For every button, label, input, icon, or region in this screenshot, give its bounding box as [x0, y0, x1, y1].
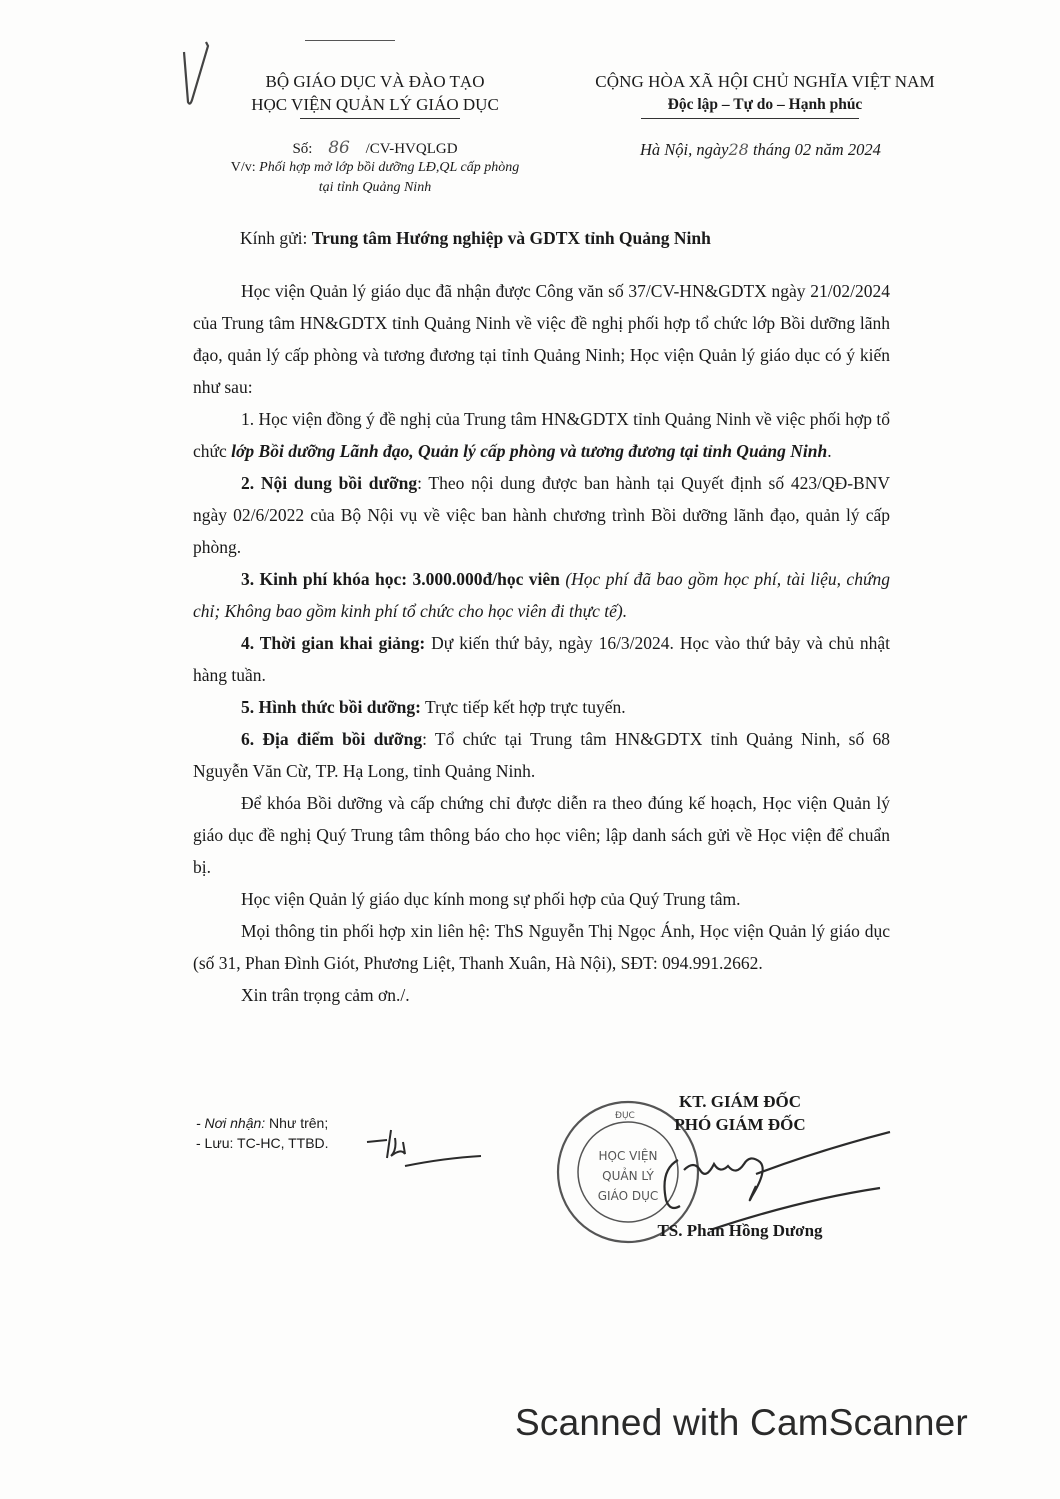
item-5-heading: 5. Hình thức bồi dưỡng:	[241, 697, 421, 717]
subject-line-2: tại tỉnh Quảng Ninh	[175, 178, 575, 198]
national-motto: Độc lập – Tự do – Hạnh phúc	[555, 93, 975, 116]
number-label: Số:	[292, 141, 312, 157]
recipients-text: Như trên;	[265, 1115, 328, 1131]
item-5-text: Trực tiếp kết hợp trực tuyến.	[421, 697, 626, 717]
contact-paragraph: Mọi thông tin phối hợp xin liên hệ: ThS …	[193, 915, 890, 979]
handwritten-number: 86	[328, 138, 350, 158]
signer-name: TS. Phan Hồng Dương	[600, 1221, 880, 1241]
item-2-heading: 2. Nội dung bồi dưỡng	[241, 473, 417, 493]
item-6-heading: 6. Địa điểm bồi dưỡng	[241, 729, 422, 749]
subject-line-1: Phối hợp mở lớp bồi dưỡng LĐ,QL cấp phòn…	[259, 160, 519, 175]
item-1-end: .	[827, 441, 831, 461]
institution-name: HỌC VIỆN QUẢN LÝ GIÁO DỤC	[190, 93, 560, 116]
intro-paragraph: Học viện Quản lý giáo dục đã nhận được C…	[193, 275, 890, 403]
item-3-heading: 3. Kinh phí khóa học: 3.000.000đ	[241, 569, 492, 589]
item-6: 6. Địa điểm bồi dưỡng: Tổ chức tại Trung…	[193, 723, 890, 787]
archive-line: - Lưu: TC-HC, TTBD.	[196, 1133, 329, 1153]
handwritten-signature	[640, 1130, 900, 1230]
handwritten-day: 28	[728, 140, 748, 159]
camscanner-watermark: Scanned with CamScanner	[515, 1402, 968, 1444]
addressee-recipient: Trung tâm Hướng nghiệp và GDTX tỉnh Quản…	[312, 228, 711, 248]
addressee-label: Kính gửi:	[240, 228, 312, 248]
item-2: 2. Nội dung bồi dưỡng: Theo nội dung đượ…	[193, 467, 890, 563]
motto-underline	[641, 118, 859, 119]
hope-paragraph: Học viện Quản lý giáo dục kính mong sự p…	[193, 883, 890, 915]
top-rule	[305, 40, 395, 41]
document-date: Hà Nội, ngày28 tháng 02 năm 2024	[640, 140, 881, 160]
number-suffix: /CV-HVQLGD	[366, 141, 458, 157]
item-4: 4. Thời gian khai giảng: Dự kiến thứ bảy…	[193, 627, 890, 691]
item-4-heading: 4. Thời gian khai giảng:	[241, 633, 425, 653]
country-name: CỘNG HÒA XÃ HỘI CHỦ NGHĨA VIỆT NAM	[555, 70, 975, 93]
subject-label: V/v:	[231, 160, 256, 175]
document-number: Số: 86 /CV-HVQLGD	[190, 138, 560, 158]
item-1-italic: lớp Bồi dưỡng Lãnh đạo, Quản lý cấp phòn…	[231, 441, 827, 461]
signer-title-1: KT. GIÁM ĐỐC	[600, 1090, 880, 1113]
letter-body: Học viện Quản lý giáo dục đã nhận được C…	[193, 275, 890, 1011]
ministry-name: BỘ GIÁO DỤC VÀ ĐÀO TẠO	[190, 70, 560, 93]
recipients-label: - Nơi nhận:	[196, 1115, 265, 1131]
item-3-text: /học viên	[492, 569, 565, 589]
item-5: 5. Hình thức bồi dưỡng: Trực tiếp kết hợ…	[193, 691, 890, 723]
issuer-underline	[300, 118, 460, 119]
plan-paragraph: Để khóa Bồi dưỡng và cấp chứng chỉ được …	[193, 787, 890, 883]
issuer-header: BỘ GIÁO DỤC VÀ ĐÀO TẠO HỌC VIỆN QUẢN LÝ …	[190, 70, 560, 116]
recipients-list: - Nơi nhận: Như trên; - Lưu: TC-HC, TTBD…	[196, 1113, 329, 1153]
closing-line: Xin trân trọng cảm ơn./.	[193, 979, 890, 1011]
addressee: Kính gửi: Trung tâm Hướng nghiệp và GDTX…	[240, 228, 860, 249]
national-header: CỘNG HÒA XÃ HỘI CHỦ NGHĨA VIỆT NAM Độc l…	[555, 70, 975, 116]
initial-signature	[365, 1128, 485, 1178]
date-suffix: tháng 02 năm 2024	[749, 140, 881, 159]
date-prefix: Hà Nội, ngày	[640, 140, 728, 159]
document-subject: V/v: Phối hợp mở lớp bồi dưỡng LĐ,QL cấp…	[175, 158, 575, 198]
item-3: 3. Kinh phí khóa học: 3.000.000đ/học viê…	[193, 563, 890, 627]
item-1: 1. Học viện đồng ý đề nghị của Trung tâm…	[193, 403, 890, 467]
